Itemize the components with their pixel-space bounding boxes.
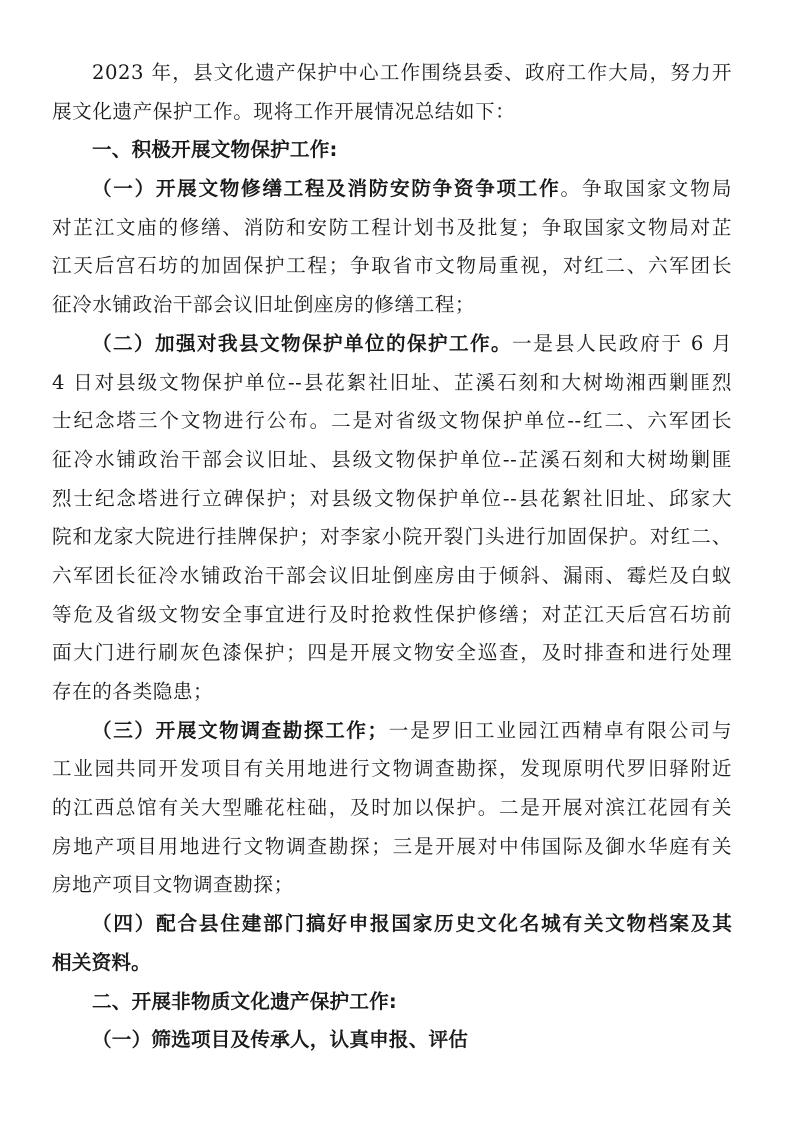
body-line: 的江西总馆有关大型雕花柱础，及时加以保护。二是开展对滨江花园有关 [52, 789, 732, 828]
item-text: 一是罗旧工业园江西精卓有限公司与 [387, 719, 732, 742]
item-text: 一是县人民政府于 6 月 [512, 332, 732, 355]
body-line: 房地产项目文物调查勘探； [52, 866, 732, 905]
body-line: 征冷水铺政治干部会议旧址倒座房的修缮工程； [52, 286, 732, 325]
body-line: 六军团长征冷水铺政治干部会议旧址倒座房由于倾斜、漏雨、霉烂及白蚁 [52, 557, 732, 596]
section-heading: 二、开展非物质文化遗产保护工作: [52, 983, 732, 1022]
body-line: 房地产项目用地进行文物调查勘探；三是开展对中伟国际及御水华庭有关 [52, 828, 732, 867]
item-title: 相关资料。 [52, 944, 732, 983]
body-line: 烈士纪念塔进行立碑保护；对县级文物保护单位--县花絮社旧址、邱家大 [52, 480, 732, 519]
item-first-line: （二）加强对我县文物保护单位的保护工作。一是县人民政府于 6 月 [52, 325, 732, 364]
body-line: 征冷水铺政治干部会议旧址、县级文物保护单位--芷溪石刻和大树坳剿匪 [52, 441, 732, 480]
body-line: 工业园共同开发项目有关用地进行文物调查勘探，发现原明代罗旧驿附近 [52, 750, 732, 789]
item-first-line: （三）开展文物调查勘探工作；一是罗旧工业园江西精卓有限公司与 [52, 712, 732, 751]
body-line: 士纪念塔三个文物进行公布。二是对省级文物保护单位--红二、六军团长 [52, 402, 732, 441]
item-first-line: （一）开展文物修缮工程及消防安防争资争项工作。争取国家文物局 [52, 170, 732, 209]
item-title: （一）筛选项目及传承人，认真申报、评估 [52, 1021, 732, 1060]
section-heading: 一、积极开展文物保护工作: [52, 131, 732, 170]
item-title: （一）开展文物修缮工程及消防安防争资争项工作 [92, 177, 560, 200]
document-page: 2023 年，县文化遗产保护中心工作围绕县委、政府工作大局，努力开 展文化遗产保… [52, 54, 732, 1060]
intro-line: 展文化遗产保护工作。现将工作开展情况总结如下： [52, 93, 732, 132]
body-line: 面大门进行刷灰色漆保护；四是开展文物安全巡查，及时排查和进行处理 [52, 634, 732, 673]
body-line: 4 日对县级文物保护单位--县花絮社旧址、芷溪石刻和大树坳湘西剿匪烈 [52, 364, 732, 403]
body-line: 等危及省级文物安全事宜进行及时抢救性保护修缮；对芷江天后宫石坊前 [52, 596, 732, 635]
item-title: （三）开展文物调查勘探工作； [92, 719, 387, 742]
item-title: （四）配合县住建部门搞好申报国家历史文化名城有关文物档案及其 [52, 905, 732, 944]
item-title: （二）加强对我县文物保护单位的保护工作。 [92, 332, 512, 355]
body-line: 江天后宫石坊的加固保护工程；争取省市文物局重视，对红二、六军团长 [52, 247, 732, 286]
body-line: 存在的各类隐患； [52, 673, 732, 712]
intro-line: 2023 年，县文化遗产保护中心工作围绕县委、政府工作大局，努力开 [52, 54, 732, 93]
body-line: 院和龙家大院进行挂牌保护；对李家小院开裂门头进行加固保护。对红二、 [52, 518, 732, 557]
body-line: 对芷江文庙的修缮、消防和安防工程计划书及批复；争取国家文物局对芷 [52, 209, 732, 248]
item-text: 。争取国家文物局 [560, 177, 732, 200]
